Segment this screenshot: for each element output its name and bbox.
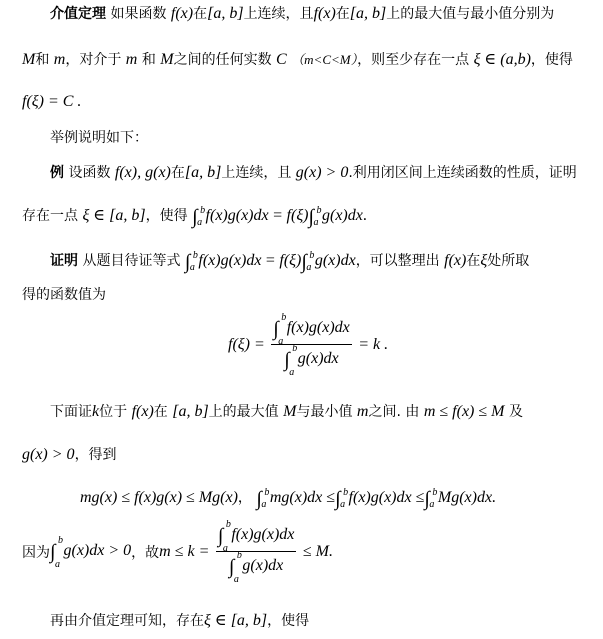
example-line-1: 例 设函数 f(x), g(x)在[a, b]上连续，且 g(x) > 0.利用…: [50, 163, 577, 183]
math-integrand: f(x)g(x)dx: [206, 207, 269, 224]
math-m: m: [126, 51, 138, 68]
text: ，使得: [146, 208, 188, 224]
math-integrand: f(x)g(x)dx ≤: [349, 489, 425, 506]
text: ，使得: [531, 52, 573, 68]
theorem-title: 介值定理: [50, 6, 106, 22]
text: 之间的任何实数: [174, 52, 272, 68]
example-intro: 举例说明如下：: [50, 128, 148, 148]
math-integrand: g(x)dx: [315, 252, 356, 269]
math-le-M: ≤ M.: [303, 543, 333, 560]
numerator: ∫baf(x)g(x)dx: [216, 525, 297, 552]
math-pointwise-ineq: mg(x) ≤ f(x)g(x) ≤ Mg(x): [80, 489, 238, 506]
math-xi-in-open: ξ ∈ (a,b): [474, 51, 531, 68]
math-xi-in: ξ ∈ [a, b]: [204, 612, 267, 629]
text: 在: [336, 6, 350, 22]
proof-line-2: 得的函数值为: [22, 285, 106, 305]
theorem-line-1: 介值定理 如果函数 f(x)在[a, b]上连续，且f(x)在[a, b]上的最…: [50, 4, 554, 24]
math-condition: （m<C<M）: [291, 52, 357, 67]
theorem-line-2: M和 m，对介于 m 和 M之间的任何实数 C （m<C<M），则至少存在一点 …: [22, 50, 573, 70]
proof-para2-line-2: g(x) > 0，得到: [22, 445, 117, 465]
integral-sign: ∫ba: [424, 489, 429, 509]
text: .利用闭区间上连续函数的性质，证明: [348, 165, 576, 181]
math-gpos: g(x) > 0: [22, 446, 75, 463]
text: ，得到: [75, 447, 117, 463]
text: 在: [193, 6, 207, 22]
text: ，使得: [267, 613, 309, 629]
math-rhs: = k .: [358, 336, 388, 353]
text: 得的函数值为: [22, 287, 106, 303]
proof-line-1: 证明 从题目待证等式 ∫baf(x)g(x)dx = f(ξ)∫bag(x)dx…: [50, 251, 529, 272]
inequality-line: mg(x) ≤ f(x)g(x) ≤ Mg(x)， ∫bamg(x)dx ≤∫b…: [80, 488, 496, 509]
math-equals: =: [273, 207, 282, 224]
math-f-xi: f(ξ): [287, 207, 309, 224]
text: ，可以整理出: [356, 253, 440, 269]
integral-sign: ∫ba: [185, 252, 190, 272]
text: 和: [35, 52, 49, 68]
final-line: 再由介值定理可知，存在ξ ∈ [a, b]，使得: [50, 611, 309, 631]
text: 上连续，且: [221, 165, 291, 181]
math-gpos: g(x) > 0: [296, 164, 349, 181]
proof-label: 证明: [50, 253, 78, 269]
math-m: m: [54, 51, 66, 68]
math-f-xi: f(ξ): [279, 252, 301, 269]
text: 下面证: [50, 404, 92, 420]
math-integrand: g(x)dx > 0: [63, 542, 131, 559]
text: 处所取: [487, 253, 529, 269]
text: 和: [142, 52, 156, 68]
text: 设函数: [68, 165, 110, 181]
example-line-2: 存在一点 ξ ∈ [a, b]，使得 ∫baf(x)g(x)dx = f(ξ)∫…: [22, 206, 367, 227]
because-line: 因为∫bag(x)dx > 0，故m ≤ k = ∫baf(x)g(x)dx ∫…: [22, 525, 333, 579]
math-conclusion: f(ξ) = C .: [22, 93, 81, 110]
fraction: ∫baf(x)g(x)dx ∫bag(x)dx: [271, 318, 352, 372]
text: 如果函数: [110, 6, 166, 22]
denominator: ∫bag(x)dx: [271, 345, 352, 372]
math-m: m: [357, 403, 369, 420]
text: 再由介值定理可知，存在: [50, 613, 204, 629]
proof-para2-line-1: 下面证k位于 f(x)在 [a, b]上的最大值 M与最小值 m之间. 由 m …: [50, 402, 523, 422]
text: 之间. 由: [368, 404, 419, 420]
theorem-conclusion: f(ξ) = C .: [22, 92, 81, 112]
integral-sign: ∫ba: [192, 207, 197, 227]
text: 举例说明如下：: [50, 130, 148, 146]
math-m-le-k: m ≤ k =: [159, 543, 209, 560]
text: 及: [509, 404, 523, 420]
math-funcs: f(x), g(x): [115, 164, 171, 181]
math-fx: f(x): [171, 5, 193, 22]
text: ，故: [131, 545, 159, 561]
math-interval: [a, b]: [185, 164, 221, 181]
math-C: C: [276, 51, 287, 68]
text: 上的最大值与最小值分别为: [386, 6, 554, 22]
math-fx: f(x): [444, 252, 466, 269]
text: 上的最大值: [209, 404, 279, 420]
math-fx: f(x): [314, 5, 336, 22]
math-xi-in: ξ ∈ [a, b]: [82, 207, 145, 224]
math-M: M: [160, 51, 173, 68]
text: 位于: [99, 404, 127, 420]
math-integrand: Mg(x)dx.: [438, 489, 496, 506]
formula-k: f(ξ) = ∫baf(x)g(x)dx ∫bag(x)dx = k .: [228, 318, 388, 372]
text: 存在一点: [22, 208, 78, 224]
text: 与最小值: [296, 404, 352, 420]
text: 在: [466, 253, 480, 269]
example-label: 例: [50, 165, 64, 181]
math-fx: f(x): [132, 403, 154, 420]
integral-sign: ∫ba: [256, 489, 261, 509]
numerator: ∫baf(x)g(x)dx: [271, 318, 352, 345]
text: 在: [154, 404, 168, 420]
math-integrand: mg(x)dx ≤: [270, 489, 335, 506]
text: 上连续，且: [244, 6, 314, 22]
math-M: M: [283, 403, 296, 420]
denominator: ∫bag(x)dx: [216, 552, 297, 579]
separator: ，: [238, 490, 252, 506]
math-integrand: g(x)dx: [322, 207, 363, 224]
math-interval: [a, b]: [207, 5, 243, 22]
integral-sign: ∫ba: [50, 541, 55, 564]
math-period: .: [363, 207, 367, 224]
text: 因为: [22, 545, 50, 561]
text: ，则至少存在一点: [357, 52, 469, 68]
math-interval: [a, b]: [172, 403, 208, 420]
text: 在: [171, 165, 185, 181]
fraction: ∫baf(x)g(x)dx ∫bag(x)dx: [216, 525, 297, 579]
math-M: M: [22, 51, 35, 68]
text: ，对介于: [65, 52, 121, 68]
math-integrand: f(x)g(x)dx: [198, 252, 261, 269]
math-equals: =: [266, 252, 275, 269]
integral-sign: ∫ba: [301, 252, 306, 272]
integral-sign: ∫ba: [309, 207, 314, 227]
math-inequality: m ≤ f(x) ≤ M: [424, 403, 505, 420]
math-lhs: f(ξ) =: [228, 336, 265, 353]
math-interval: [a, b]: [350, 5, 386, 22]
text: 从题目待证等式: [82, 253, 180, 269]
integral-sign: ∫ba: [335, 489, 340, 509]
